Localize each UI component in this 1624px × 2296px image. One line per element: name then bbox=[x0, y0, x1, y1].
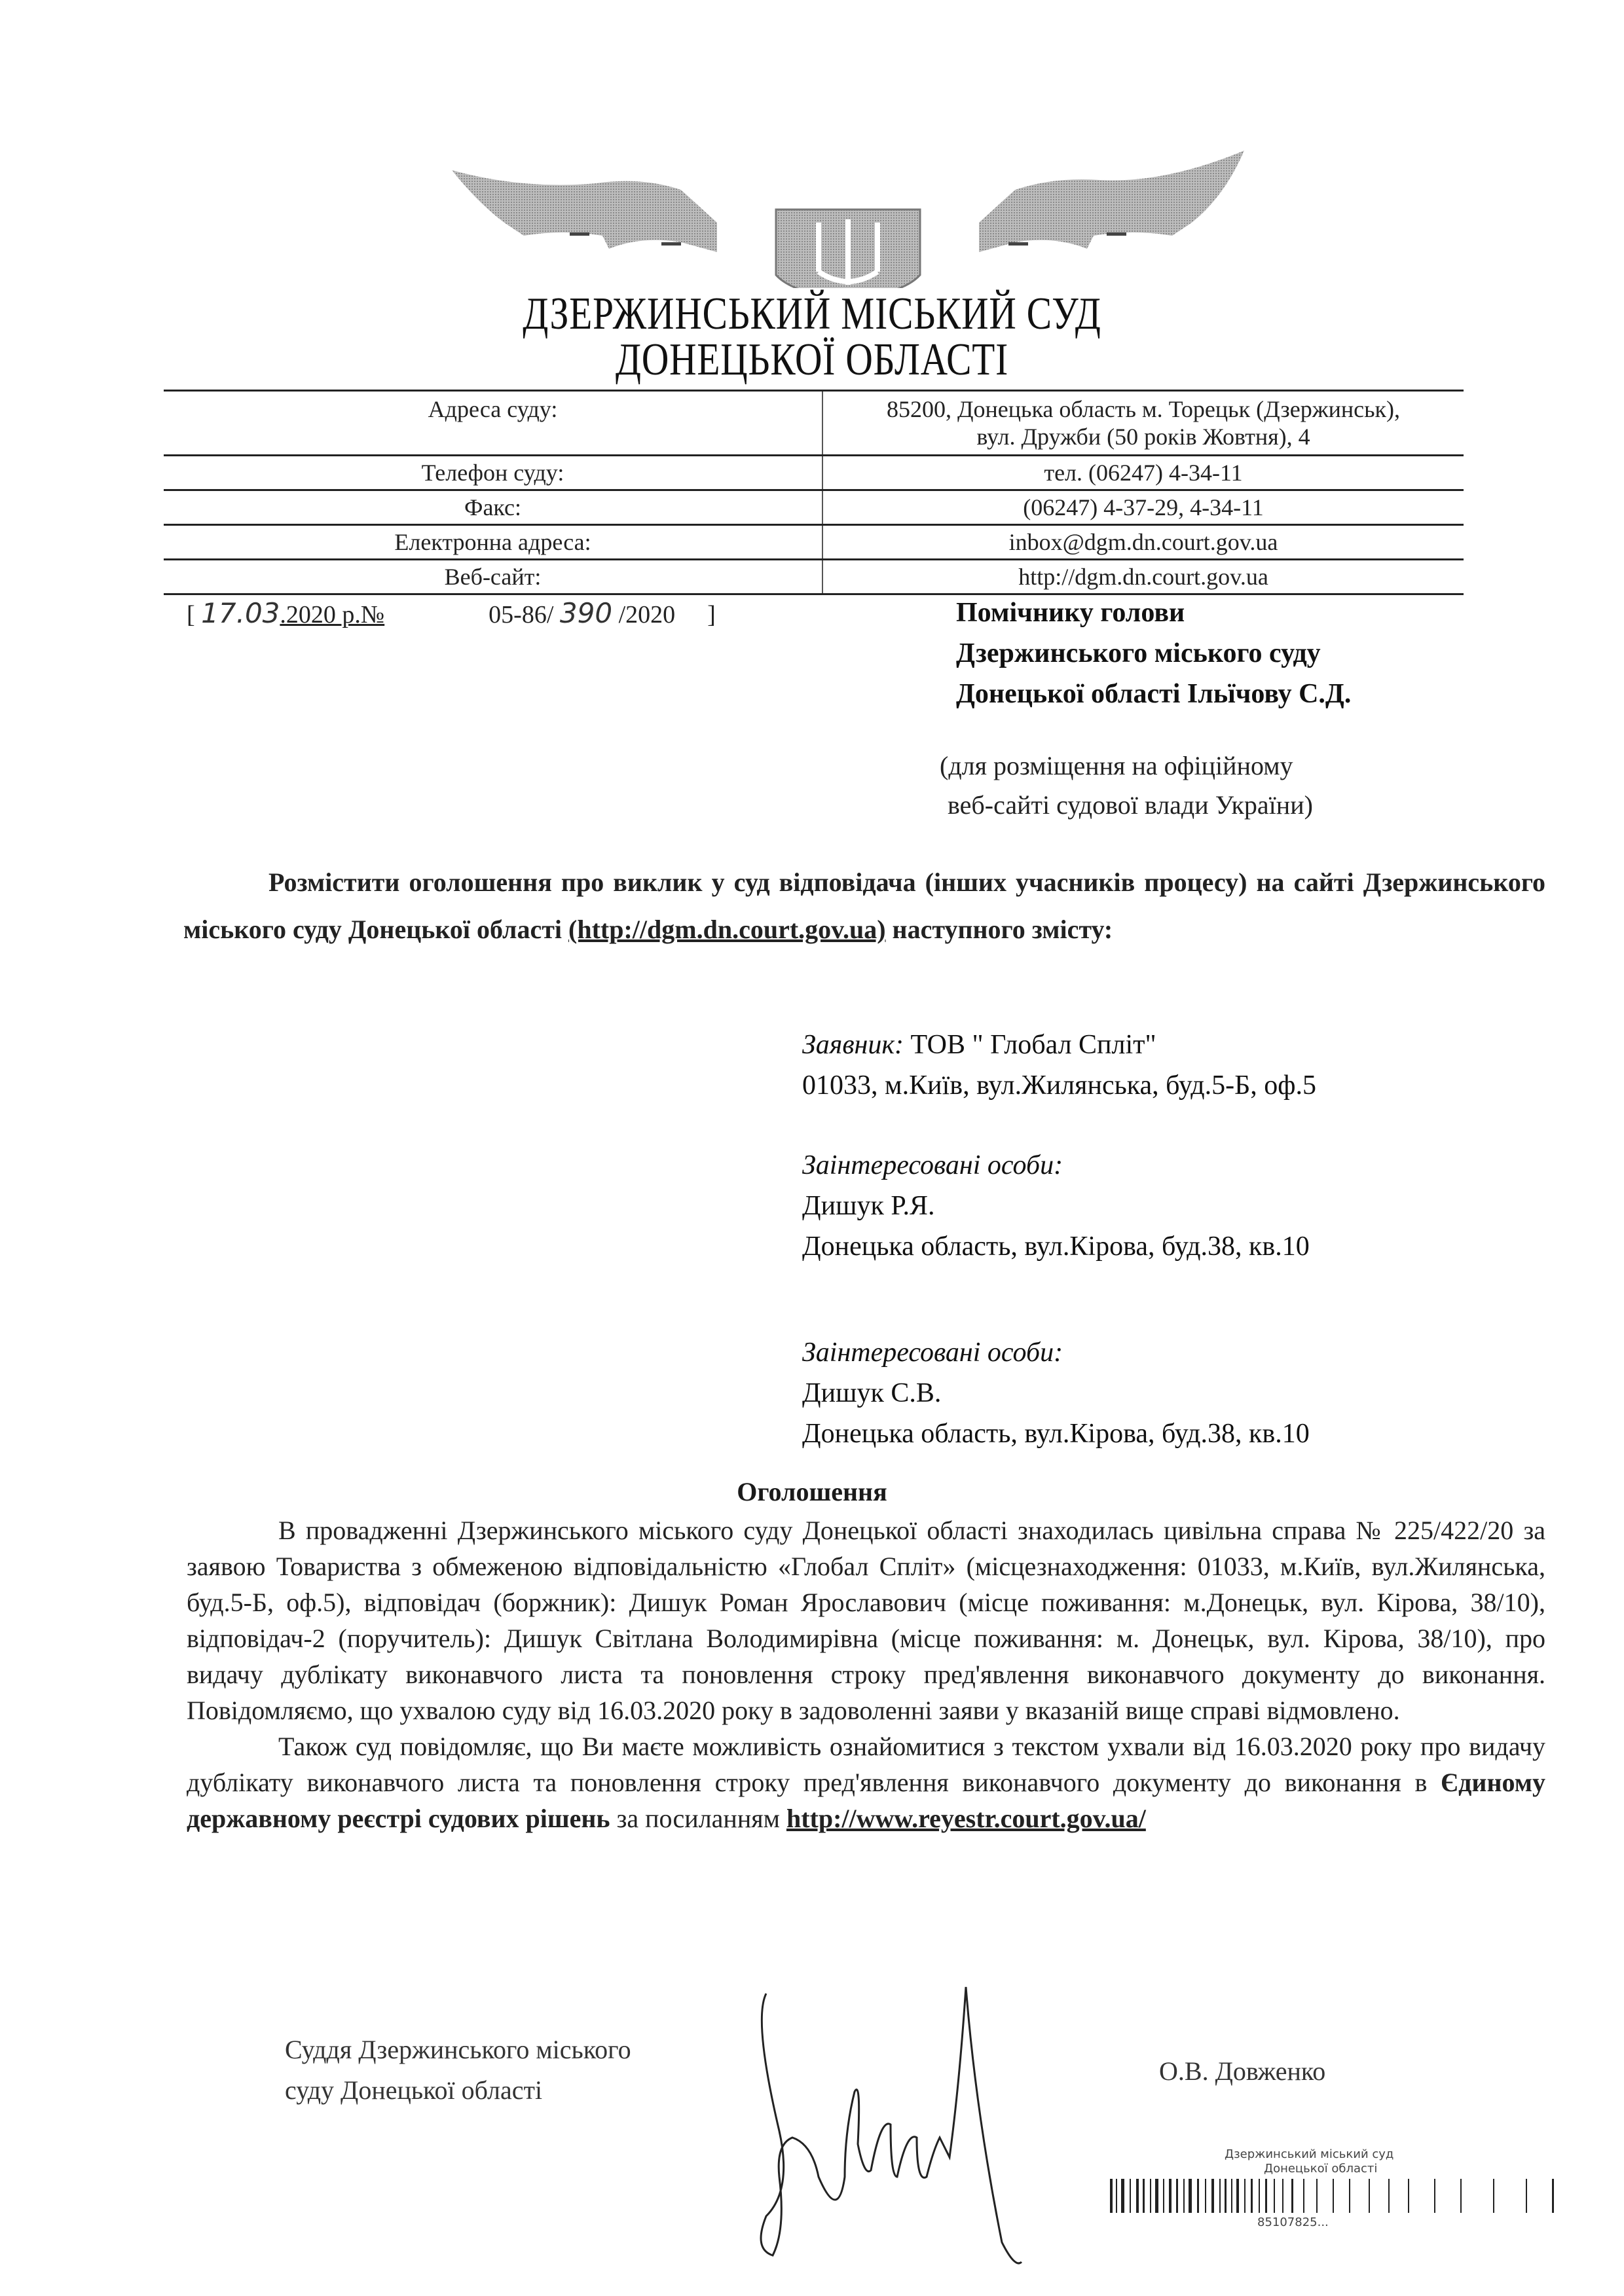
label-fax: Факс: bbox=[164, 490, 822, 525]
addressee-block: Помічнику голови Дзержинського міського … bbox=[956, 592, 1351, 714]
announcement-heading: Оголошення bbox=[0, 1476, 1624, 1507]
judge-title-line2: суду Донецької області bbox=[285, 2070, 631, 2111]
table-row-address: Адреса суду: 85200, Донецька область м. … bbox=[164, 391, 1464, 456]
label-address: Адреса суду: bbox=[164, 391, 822, 456]
label-phone: Телефон суду: bbox=[164, 456, 822, 490]
judge-title: Суддя Дзержинського міського суду Донець… bbox=[285, 2030, 631, 2111]
party-role: Заінтересовані особи: bbox=[802, 1145, 1316, 1186]
judge-title-line1: Суддя Дзержинського міського bbox=[285, 2030, 631, 2070]
court-emblem bbox=[445, 144, 1251, 288]
trident-emblem-icon bbox=[445, 144, 1251, 288]
signature-icon bbox=[740, 1980, 1080, 2269]
party-address: 01033, м.Київ, вул.Жилянська, буд.5-Б, о… bbox=[802, 1065, 1316, 1106]
party-name: Дишук Р.Я. bbox=[802, 1186, 1316, 1226]
paragraph2-text: Також суд повідомляє, що Ви маєте можлив… bbox=[187, 1732, 1545, 1797]
party-address: Донецька область, вул.Кірова, буд.38, кв… bbox=[802, 1413, 1316, 1454]
ref-open-bracket: [ bbox=[187, 601, 195, 629]
party-role: Заявник: bbox=[802, 1030, 904, 1060]
ref-number-prefix: 05-86/ bbox=[489, 601, 553, 629]
party-interested-2: Заінтересовані особи: Дишук С.В. Донецьк… bbox=[802, 1332, 1316, 1454]
registry-link[interactable]: http://www.reyestr.court.gov.ua/ bbox=[786, 1804, 1146, 1833]
stamp-line2: Донецької області bbox=[1264, 2162, 1377, 2176]
publication-note: (для розміщення на офіційному веб-сайті … bbox=[940, 746, 1313, 825]
value-phone: тел. (06247) 4-34-11 bbox=[822, 456, 1464, 490]
handwritten-signature bbox=[740, 1980, 1080, 2269]
announcement-paragraph-2: Також суд повідомляє, що Ви маєте можлив… bbox=[187, 1728, 1545, 1836]
value-email[interactable]: inbox@dgm.dn.court.gov.ua bbox=[822, 525, 1464, 560]
value-website[interactable]: http://dgm.dn.court.gov.ua bbox=[822, 560, 1464, 594]
announcement-body: В провадженні Дзержинського міського суд… bbox=[187, 1512, 1545, 1836]
table-row-phone: Телефон суду: тел. (06247) 4-34-11 bbox=[164, 456, 1464, 490]
party-name: ТОВ " Глобал Спліт" bbox=[911, 1030, 1156, 1060]
note-line1: (для розміщення на офіційному bbox=[940, 746, 1313, 786]
table-row-email: Електронна адреса: inbox@dgm.dn.court.go… bbox=[164, 525, 1464, 560]
court-contact-table: Адреса суду: 85200, Донецька область м. … bbox=[164, 390, 1464, 595]
outgoing-reference: [ 17.03.2020 р.№ 05-86/ 390 /2020 ] bbox=[187, 597, 716, 629]
court-name-line2: ДОНЕЦЬКОЇ ОБЛАСТІ bbox=[146, 334, 1478, 386]
party-role: Заінтересовані особи: bbox=[802, 1332, 1316, 1373]
ref-date-handwritten: 17.03 bbox=[201, 597, 280, 629]
party-applicant: Заявник: ТОВ " Глобал Спліт" 01033, м.Ки… bbox=[802, 1025, 1316, 1106]
label-website: Веб-сайт: bbox=[164, 560, 822, 594]
party-address: Донецька область, вул.Кірова, буд.38, кв… bbox=[802, 1226, 1316, 1267]
table-row-website: Веб-сайт: http://dgm.dn.court.gov.ua bbox=[164, 560, 1464, 594]
announcement-paragraph-1: В провадженні Дзержинського міського суд… bbox=[187, 1512, 1545, 1728]
request-text-after: наступного змісту: bbox=[893, 915, 1113, 944]
addressee-line1: Помічнику голови bbox=[956, 592, 1351, 633]
ref-date-printed: .2020 р.№ bbox=[280, 601, 384, 629]
table-row-fax: Факс: (06247) 4-37-29, 4-34-11 bbox=[164, 490, 1464, 525]
address-line1: 85200, Донецька область м. Торецьк (Дзер… bbox=[830, 395, 1457, 423]
court-website-link[interactable]: (http://dgm.dn.court.gov.ua) bbox=[568, 915, 886, 944]
address-line2: вул. Дружби (50 років Жовтня), 4 bbox=[830, 423, 1457, 450]
ref-number-handwritten: 390 bbox=[560, 597, 612, 629]
publication-request: Розмістити оголошення про виклик у суд в… bbox=[183, 859, 1545, 953]
label-email: Електронна адреса: bbox=[164, 525, 822, 560]
value-fax: (06247) 4-37-29, 4-34-11 bbox=[822, 490, 1464, 525]
parties-block: Заявник: ТОВ " Глобал Спліт" 01033, м.Ки… bbox=[802, 1025, 1316, 1493]
stamp-line1: Дзержинський міський суд bbox=[1225, 2147, 1393, 2161]
court-name-line1: ДЗЕРЖИНСЬКИЙ МІСЬКИЙ СУД bbox=[146, 288, 1478, 340]
party-name: Дишук С.В. bbox=[802, 1373, 1316, 1413]
addressee-line2: Дзержинського міського суду bbox=[956, 633, 1351, 674]
registration-stamp: Дзержинський міський суд Донецької облас… bbox=[1107, 2147, 1559, 2278]
note-line2: веб-сайті судової влади України) bbox=[940, 786, 1313, 825]
barcode-icon bbox=[1107, 2179, 1559, 2213]
ref-number-suffix: /2020 bbox=[619, 601, 676, 629]
ref-close-bracket: ] bbox=[707, 601, 716, 629]
addressee-line3: Донецької області Ільїчову С.Д. bbox=[956, 674, 1351, 714]
party-interested-1: Заінтересовані особи: Дишук Р.Я. Донецьк… bbox=[802, 1145, 1316, 1267]
paragraph2-text-after: за посиланням bbox=[617, 1804, 780, 1833]
judge-name: О.В. Довженко bbox=[1159, 2056, 1325, 2086]
barcode-number: 85107825... bbox=[1257, 2215, 1329, 2229]
value-address: 85200, Донецька область м. Торецьк (Дзер… bbox=[822, 391, 1464, 456]
